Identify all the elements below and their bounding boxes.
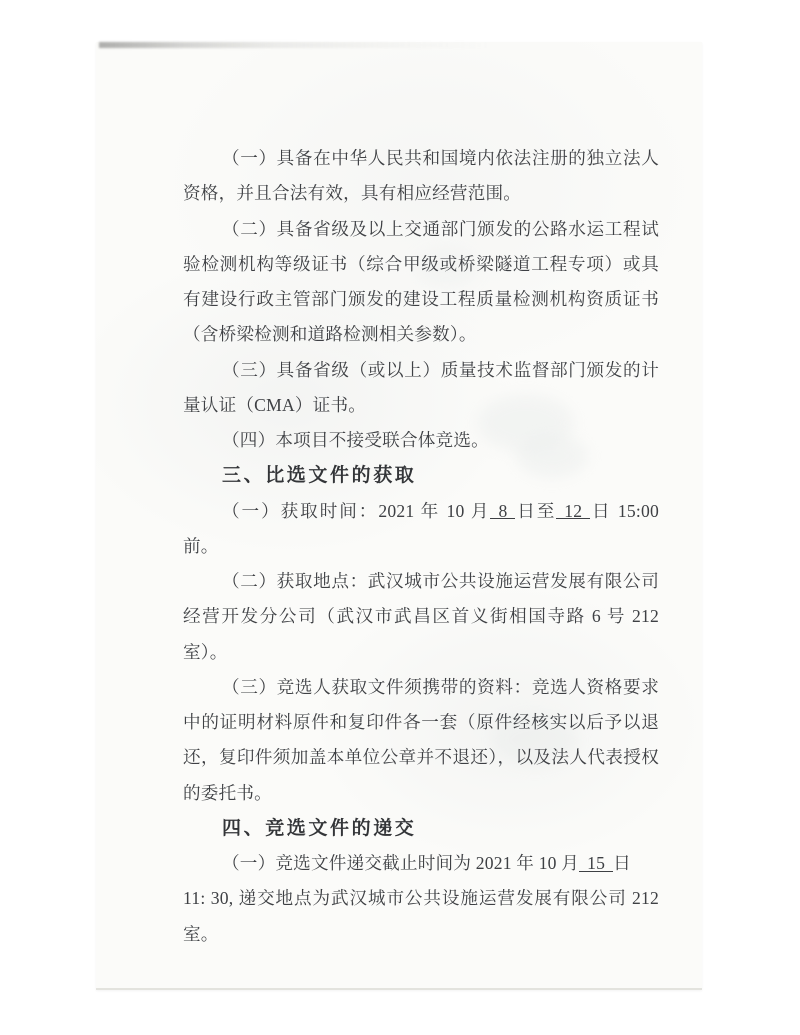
clause-obtain-time: （一）获取时间：2021 年 10 月8日至12日 15:00 前。 (183, 494, 659, 565)
text-run: 日 (613, 853, 631, 873)
clause-obtain-materials: （三）竞选人获取文件须携带的资料：竞选人资格要求中的证明材料原件和复印件各一套（… (183, 670, 659, 811)
clause-qualification-1: （一）具备在中华人民共和国境内依法注册的独立法人资格，并且合法有效，具有相应经营… (183, 141, 659, 212)
text-run: 日至 (515, 501, 556, 521)
text-run: （二）具备省级及以上交通部门颁发的公路水运工程试验检测机构等级证书（综合甲级或桥… (183, 219, 659, 345)
text-run: （一）获取时间：2021 年 10 月 (222, 501, 490, 521)
section-4-heading: 四、竞选文件的递交 (183, 811, 659, 846)
underlined-value: 8 (490, 501, 515, 521)
clause-submit-deadline: （一）竞选文件递交截止时间为 2021 年 10 月15日11: 30, 递交地… (183, 846, 659, 952)
clause-qualification-2: （二）具备省级及以上交通部门颁发的公路水运工程试验检测机构等级证书（综合甲级或桥… (183, 212, 659, 353)
scan-edge-shadow (99, 42, 489, 48)
text-run: （三）具备省级（或以上）质量技术监督部门颁发的计量认证（CMA）证书。 (183, 360, 659, 415)
clause-qualification-4: （四）本项目不接受联合体竞选。 (183, 423, 659, 458)
underlined-value: 12 (556, 501, 590, 521)
scanned-page: （一）具备在中华人民共和国境内依法注册的独立法人资格，并且合法有效，具有相应经营… (96, 42, 702, 990)
text-run: （二）获取地点：武汉城市公共设施运营发展有限公司经营开发分公司（武汉市武昌区首义… (183, 571, 659, 662)
text-run: 11: 30, 递交地点为武汉城市公共设施运营发展有限公司 212 室。 (183, 888, 659, 943)
text-run: 四、竞选文件的递交 (222, 818, 416, 839)
text-run: （一）竞选文件递交截止时间为 2021 年 10 月 (222, 853, 579, 873)
text-run: （三）竞选人获取文件须携带的资料：竞选人资格要求中的证明材料原件和复印件各一套（… (183, 677, 659, 803)
clause-qualification-3: （三）具备省级（或以上）质量技术监督部门颁发的计量认证（CMA）证书。 (183, 353, 659, 424)
document-text: （一）具备在中华人民共和国境内依法注册的独立法人资格，并且合法有效，具有相应经营… (183, 141, 659, 952)
text-run: （一）具备在中华人民共和国境内依法注册的独立法人资格，并且合法有效，具有相应经营… (183, 148, 659, 203)
text-run: （四）本项目不接受联合体竞选。 (222, 430, 489, 450)
underlined-value: 15 (579, 853, 613, 873)
section-3-heading: 三、比选文件的获取 (183, 458, 659, 493)
clause-obtain-place: （二）获取地点：武汉城市公共设施运营发展有限公司经营开发分公司（武汉市武昌区首义… (183, 564, 659, 670)
text-run: 三、比选文件的获取 (222, 465, 416, 486)
